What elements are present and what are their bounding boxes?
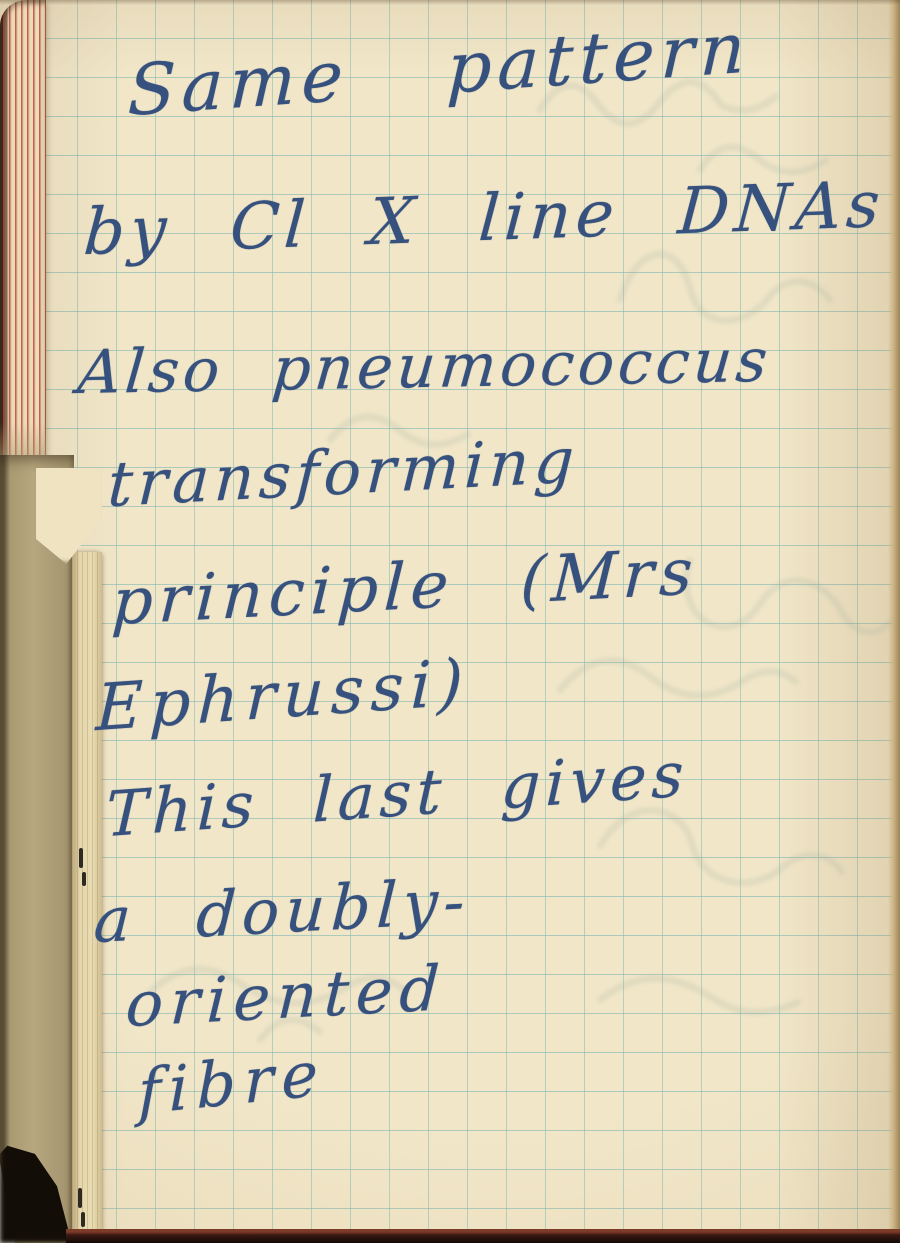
handwriting-layer: Same patternby Cl X line DNAsAlso pneumo…: [0, 0, 900, 1243]
handwriting-line: a doubly-: [92, 864, 472, 957]
handwriting-line: oriented: [124, 951, 448, 1041]
handwriting-line: fibre: [138, 1036, 326, 1129]
handwriting-line: transforming: [106, 423, 581, 521]
handwriting-line: principle (Mrs: [110, 535, 700, 640]
notebook-page-scan: Same patternby Cl X line DNAsAlso pneumo…: [0, 0, 900, 1243]
handwriting-line: Also pneumococcus: [75, 326, 774, 408]
handwriting-line: This last gives: [105, 737, 690, 851]
handwriting-line: by Cl X line DNAs: [81, 168, 887, 270]
handwriting-line: Same pattern: [127, 6, 753, 132]
handwriting-line: Ephrussi): [95, 646, 472, 747]
